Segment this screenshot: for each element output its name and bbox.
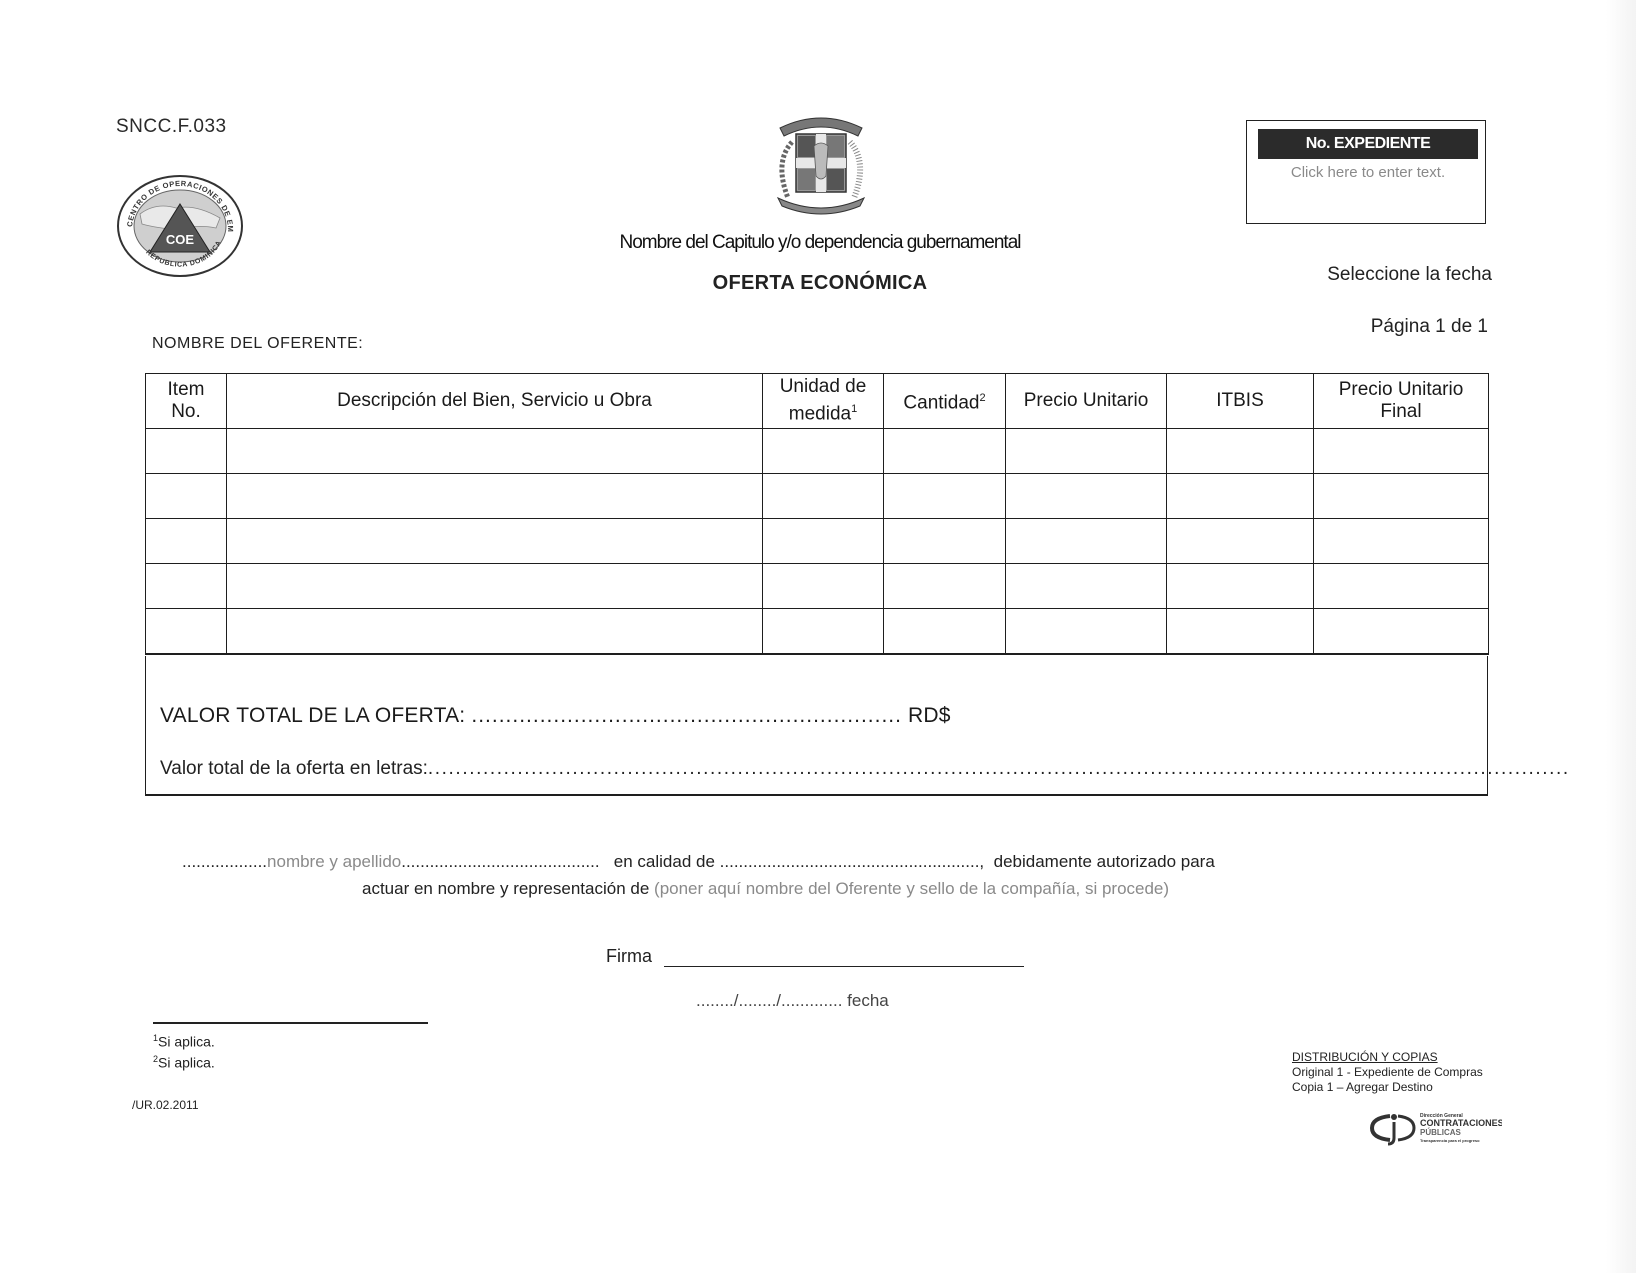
name-placeholder[interactable]: nombre y apellido bbox=[267, 852, 401, 871]
svg-text:CONTRATACIONES: CONTRATACIONES bbox=[1420, 1118, 1502, 1128]
cell-unit[interactable] bbox=[763, 474, 884, 519]
expediente-box: No. EXPEDIENTE bbox=[1246, 120, 1486, 224]
table-row bbox=[146, 474, 1489, 519]
expediente-label: No. EXPEDIENTE bbox=[1258, 129, 1478, 159]
declaration-line-2: actuar en nombre y representación de (po… bbox=[362, 879, 1169, 899]
items-table: Item No. Descripción del Bien, Servicio … bbox=[145, 373, 1489, 655]
table-header-row: Item No. Descripción del Bien, Servicio … bbox=[146, 374, 1489, 429]
offerer-seal-placeholder[interactable]: (poner aquí nombre del Oferente y sello … bbox=[654, 879, 1169, 898]
cell-unit[interactable] bbox=[763, 609, 884, 655]
description-input[interactable] bbox=[227, 609, 762, 653]
quantity-input[interactable] bbox=[884, 474, 1005, 518]
declaration-line-1: ..................nombre y apellido.....… bbox=[182, 852, 1215, 872]
cell-itbis[interactable] bbox=[1167, 429, 1314, 474]
form-code: SNCC.F.033 bbox=[116, 116, 227, 138]
item-no-input[interactable] bbox=[146, 429, 226, 473]
table-row bbox=[146, 429, 1489, 474]
svg-text:PÚBLICAS: PÚBLICAS bbox=[1420, 1128, 1462, 1137]
description-input[interactable] bbox=[227, 429, 762, 473]
unit-input[interactable] bbox=[763, 564, 883, 608]
contrataciones-publicas-logo-icon: Dirección General CONTRATACIONES PÚBLICA… bbox=[1368, 1108, 1502, 1148]
itbis-input[interactable] bbox=[1167, 609, 1313, 653]
svg-text:Transparencia para el progreso: Transparencia para el progreso bbox=[1420, 1138, 1480, 1143]
cell-unit-price[interactable] bbox=[1006, 429, 1167, 474]
cell-final-unit-price[interactable] bbox=[1314, 429, 1489, 474]
quantity-input[interactable] bbox=[884, 609, 1005, 653]
footnote-1: 1Si aplica. bbox=[153, 1030, 215, 1051]
revision-code: /UR.02.2011 bbox=[132, 1098, 199, 1112]
offerer-name-label: NOMBRE DEL OFERENTE: bbox=[152, 335, 363, 353]
cell-itbis[interactable] bbox=[1167, 609, 1314, 655]
cell-unit-price[interactable] bbox=[1006, 609, 1167, 655]
cell-unit-price[interactable] bbox=[1006, 519, 1167, 564]
cell-item-no[interactable] bbox=[146, 564, 227, 609]
signature-date[interactable]: ......../......../............. fecha bbox=[696, 991, 889, 1011]
quantity-input[interactable] bbox=[884, 564, 1005, 608]
cell-description[interactable] bbox=[227, 474, 763, 519]
quantity-input[interactable] bbox=[884, 519, 1005, 563]
cell-unit[interactable] bbox=[763, 429, 884, 474]
column-header-item-no: Item No. bbox=[146, 374, 227, 429]
quantity-input[interactable] bbox=[884, 429, 1005, 473]
distribution-block: DISTRIBUCIÓN Y COPIAS Original 1 - Exped… bbox=[1292, 1050, 1483, 1095]
unit-input[interactable] bbox=[763, 429, 883, 473]
final-unit-price-input[interactable] bbox=[1314, 429, 1488, 473]
cell-description[interactable] bbox=[227, 429, 763, 474]
cell-description[interactable] bbox=[227, 564, 763, 609]
unit-price-input[interactable] bbox=[1006, 564, 1166, 608]
cell-itbis[interactable] bbox=[1167, 564, 1314, 609]
total-value-line: VALOR TOTAL DE LA OFERTA: ..............… bbox=[160, 704, 951, 728]
expediente-input[interactable] bbox=[1258, 161, 1478, 183]
itbis-input[interactable] bbox=[1167, 519, 1313, 563]
unit-input[interactable] bbox=[763, 519, 883, 563]
final-unit-price-input[interactable] bbox=[1314, 564, 1488, 608]
total-value-field[interactable]: ........................................… bbox=[471, 704, 902, 727]
table-row bbox=[146, 609, 1489, 655]
signature-line[interactable] bbox=[664, 966, 1024, 967]
footnote-divider bbox=[153, 1022, 428, 1024]
total-box: VALOR TOTAL DE LA OFERTA: ..............… bbox=[145, 656, 1488, 796]
capacity-field[interactable]: ........................................… bbox=[720, 852, 985, 871]
unit-price-input[interactable] bbox=[1006, 429, 1166, 473]
cell-unit-price[interactable] bbox=[1006, 474, 1167, 519]
item-no-input[interactable] bbox=[146, 474, 226, 518]
column-header-description: Descripción del Bien, Servicio u Obra bbox=[227, 374, 763, 429]
cell-itbis[interactable] bbox=[1167, 474, 1314, 519]
table-row bbox=[146, 564, 1489, 609]
item-no-input[interactable] bbox=[146, 519, 226, 563]
coat-of-arms-icon bbox=[762, 106, 880, 222]
cell-final-unit-price[interactable] bbox=[1314, 519, 1489, 564]
cell-quantity[interactable] bbox=[884, 519, 1006, 564]
unit-input[interactable] bbox=[763, 609, 883, 653]
cell-item-no[interactable] bbox=[146, 474, 227, 519]
unit-price-input[interactable] bbox=[1006, 519, 1166, 563]
description-input[interactable] bbox=[227, 474, 762, 518]
column-header-itbis: ITBIS bbox=[1167, 374, 1314, 429]
description-input[interactable] bbox=[227, 519, 762, 563]
column-header-unit: Unidad de medida1 bbox=[763, 374, 884, 429]
footnotes: 1Si aplica. 2Si aplica. bbox=[153, 1030, 215, 1071]
column-header-quantity: Cantidad2 bbox=[884, 374, 1006, 429]
column-header-unit-price: Precio Unitario bbox=[1006, 374, 1167, 429]
document-title: OFERTA ECONÓMICA bbox=[600, 272, 1040, 295]
item-no-input[interactable] bbox=[146, 609, 226, 653]
item-no-input[interactable] bbox=[146, 564, 226, 608]
signature-label: Firma bbox=[606, 946, 652, 967]
cell-quantity[interactable] bbox=[884, 474, 1006, 519]
itbis-input[interactable] bbox=[1167, 474, 1313, 518]
cell-quantity[interactable] bbox=[884, 609, 1006, 655]
cell-item-no[interactable] bbox=[146, 429, 227, 474]
cell-unit-price[interactable] bbox=[1006, 564, 1167, 609]
cell-quantity[interactable] bbox=[884, 429, 1006, 474]
cell-unit[interactable] bbox=[763, 564, 884, 609]
table-row bbox=[146, 519, 1489, 564]
chapter-title: Nombre del Capitulo y/o dependencia gube… bbox=[540, 232, 1100, 254]
letters-label: Valor total de la oferta en letras: bbox=[160, 758, 428, 779]
distribution-heading: DISTRIBUCIÓN Y COPIAS bbox=[1292, 1050, 1483, 1065]
final-unit-price-input[interactable] bbox=[1314, 519, 1488, 563]
cell-final-unit-price[interactable] bbox=[1314, 564, 1489, 609]
column-header-final-unit-price: Precio Unitario Final bbox=[1314, 374, 1489, 429]
cell-itbis[interactable] bbox=[1167, 519, 1314, 564]
final-unit-price-input[interactable] bbox=[1314, 474, 1488, 518]
cell-quantity[interactable] bbox=[884, 564, 1006, 609]
distribution-line: Copia 1 – Agregar Destino bbox=[1292, 1080, 1483, 1095]
unit-price-input[interactable] bbox=[1006, 474, 1166, 518]
total-letters-field[interactable]: ........................................… bbox=[428, 758, 1570, 779]
unit-price-input[interactable] bbox=[1006, 609, 1166, 653]
page-edge-shadow bbox=[1606, 0, 1636, 1273]
svg-text:COE: COE bbox=[166, 232, 195, 247]
footnote-2: 2Si aplica. bbox=[153, 1051, 215, 1072]
coe-logo-icon: COE CENTRO DE OPERACIONES DE EMERGENCIA … bbox=[116, 174, 244, 278]
total-label: VALOR TOTAL DE LA OFERTA: bbox=[160, 704, 465, 727]
cell-description[interactable] bbox=[227, 609, 763, 655]
itbis-input[interactable] bbox=[1167, 429, 1313, 473]
page-number: Página 1 de 1 bbox=[1371, 316, 1488, 338]
cell-item-no[interactable] bbox=[146, 519, 227, 564]
itbis-input[interactable] bbox=[1167, 564, 1313, 608]
cell-final-unit-price[interactable] bbox=[1314, 474, 1489, 519]
final-unit-price-input[interactable] bbox=[1314, 609, 1488, 653]
cell-unit[interactable] bbox=[763, 519, 884, 564]
date-picker[interactable]: Seleccione la fecha bbox=[1327, 264, 1492, 286]
unit-input[interactable] bbox=[763, 474, 883, 518]
total-letters-line: Valor total de la oferta en letras:.....… bbox=[160, 758, 1570, 780]
cell-item-no[interactable] bbox=[146, 609, 227, 655]
distribution-line: Original 1 - Expediente de Compras bbox=[1292, 1065, 1483, 1080]
cell-final-unit-price[interactable] bbox=[1314, 609, 1489, 655]
description-input[interactable] bbox=[227, 564, 762, 608]
currency-label: RD$ bbox=[908, 704, 951, 727]
cell-description[interactable] bbox=[227, 519, 763, 564]
